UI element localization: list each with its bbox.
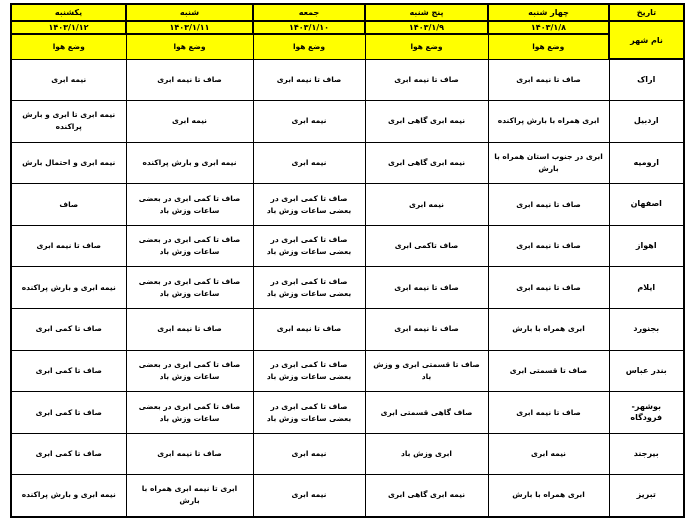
forecast-cell: صاف تا کمی ابری در بعضی ساعات وزش باد: [253, 392, 365, 434]
table-row: اهوازصاف تا نیمه ابریصاف تاکمی ابریصاف ت…: [11, 225, 684, 267]
city-name-cell: بیرجند: [609, 433, 684, 475]
forecast-cell: صاف تا نیمه ابری: [488, 225, 609, 267]
city-name-cell: اهواز: [609, 225, 684, 267]
weather-condition-header-cell: وضع هوا: [365, 34, 488, 59]
date-cell: ۱۴۰۳/۱/۸: [488, 21, 609, 34]
city-name-cell: اصفهان: [609, 184, 684, 226]
forecast-cell: نیمه ابری: [253, 101, 365, 143]
page: تاریخ چهار شنبه پنج شنبه جمعه شنبه یکشنب…: [0, 0, 690, 525]
forecast-cell: نیمه ابری و بارش پراکنده: [126, 142, 253, 184]
forecast-cell: صاف تا نیمه ابری: [365, 309, 488, 351]
forecast-cell: صاف تا کمی ابری در بعضی ساعات وزش باد: [253, 350, 365, 392]
forecast-cell: صاف تا نیمه ابری: [126, 59, 253, 101]
forecast-cell: صاف تا نیمه ابری: [11, 225, 126, 267]
forecast-cell: صاف تا کمی ابری: [11, 350, 126, 392]
forecast-cell: صاف تا نیمه ابری: [253, 59, 365, 101]
forecast-cell: ابری در جنوب استان همراه با بارش: [488, 142, 609, 184]
forecast-cell: صاف تا کمی ابری در بعضی ساعات وزش باد: [253, 267, 365, 309]
forecast-cell: نیمه ابری گاهی ابری: [365, 101, 488, 143]
forecast-cell: صاف تا نیمه ابری: [126, 309, 253, 351]
forecast-cell: نیمه ابری و بارش پراکنده: [11, 475, 126, 517]
forecast-cell: صاف تا نیمه ابری: [488, 184, 609, 226]
forecast-cell: صاف تا نیمه ابری: [488, 392, 609, 434]
forecast-cell: ابری همراه با بارش پراکنده: [488, 101, 609, 143]
weather-condition-header-cell: وضع هوا: [488, 34, 609, 59]
forecast-cell: صاف تا کمی ابری: [11, 392, 126, 434]
day-name-cell: جمعه: [253, 4, 365, 21]
date-cell: ۱۴۰۳/۱/۱۰: [253, 21, 365, 34]
date-cell: ۱۴۰۳/۱/۹: [365, 21, 488, 34]
forecast-rows: اراکصاف تا نیمه ابریصاف تا نیمه ابریصاف …: [11, 59, 684, 517]
city-name-cell: اراک: [609, 59, 684, 101]
forecast-cell: صاف تا نیمه ابری: [253, 309, 365, 351]
weather-condition-header-cell: وضع هوا: [126, 34, 253, 59]
forecast-cell: صاف تا نیمه ابری: [488, 267, 609, 309]
city-name-cell: تبریز: [609, 475, 684, 517]
forecast-cell: نیمه ابری و احتمال بارش: [11, 142, 126, 184]
forecast-cell: نیمه ابری: [253, 433, 365, 475]
forecast-cell: صاف تا نیمه ابری: [365, 267, 488, 309]
weather-condition-header-cell: وضع هوا: [11, 34, 126, 59]
weather-forecast-table: تاریخ چهار شنبه پنج شنبه جمعه شنبه یکشنب…: [10, 3, 685, 518]
forecast-cell: صاف تاکمی ابری: [365, 225, 488, 267]
forecast-cell: نیمه ابری: [365, 184, 488, 226]
table-row: اراکصاف تا نیمه ابریصاف تا نیمه ابریصاف …: [11, 59, 684, 101]
forecast-cell: صاف تا کمی ابری در بعضی ساعات وزش باد: [126, 225, 253, 267]
forecast-cell: ابری وزش باد: [365, 433, 488, 475]
forecast-cell: صاف تا قسمتی ابری و وزش باد: [365, 350, 488, 392]
table-row: بجنوردابری همراه با بارشصاف تا نیمه ابری…: [11, 309, 684, 351]
table-row: اردبیلابری همراه با بارش پراکندهنیمه ابر…: [11, 101, 684, 143]
forecast-cell: صاف تا کمی ابری در بعضی ساعات وزش باد: [126, 184, 253, 226]
forecast-cell: صاف تا نیمه ابری: [365, 59, 488, 101]
forecast-cell: صاف تا کمی ابری در بعضی ساعات وزش باد: [126, 350, 253, 392]
forecast-cell: نیمه ابری: [126, 101, 253, 143]
city-name-cell: اردبیل: [609, 101, 684, 143]
forecast-cell: نیمه ابری: [253, 142, 365, 184]
forecast-cell: صاف تا کمی ابری در بعضی ساعات وزش باد: [126, 267, 253, 309]
table-row: بوشهر- فرودگاهصاف تا نیمه ابریصاف گاهی ق…: [11, 392, 684, 434]
forecast-cell: صاف تا کمی ابری در بعضی ساعات وزش باد: [253, 225, 365, 267]
forecast-cell: صاف تا نیمه ابری: [126, 433, 253, 475]
date-cell: ۱۴۰۳/۱/۱۲: [11, 21, 126, 34]
city-name-cell: ایلام: [609, 267, 684, 309]
city-name-header-cell: نام شهر: [609, 21, 684, 59]
forecast-cell: صاف تا کمی ابری در بعضی ساعات وزش باد: [126, 392, 253, 434]
date-cell: ۱۴۰۳/۱/۱۱: [126, 21, 253, 34]
table-row: بیرجندنیمه ابریابری وزش بادنیمه ابریصاف …: [11, 433, 684, 475]
day-name-cell: شنبه: [126, 4, 253, 21]
forecast-cell: صاف: [11, 184, 126, 226]
forecast-cell: صاف تا کمی ابری: [11, 309, 126, 351]
forecast-cell: ابری همراه با بارش: [488, 309, 609, 351]
dates-row: نام شهر ۱۴۰۳/۱/۸ ۱۴۰۳/۱/۹ ۱۴۰۳/۱/۱۰ ۱۴۰۳…: [11, 21, 684, 34]
forecast-cell: ابری همراه با بارش: [488, 475, 609, 517]
forecast-cell: صاف گاهی قسمتی ابری: [365, 392, 488, 434]
weather-condition-row: وضع هوا وضع هوا وضع هوا وضع هوا وضع هوا: [11, 34, 684, 59]
day-name-cell: پنج شنبه: [365, 4, 488, 21]
city-name-cell: بوشهر- فرودگاه: [609, 392, 684, 434]
forecast-cell: نیمه ابری تا ابری و بارش پراکنده: [11, 101, 126, 143]
forecast-cell: نیمه ابری: [11, 59, 126, 101]
table-row: اصفهانصاف تا نیمه ابرینیمه ابریصاف تا کم…: [11, 184, 684, 226]
forecast-cell: ابری تا نیمه ابری همراه با بارش: [126, 475, 253, 517]
forecast-cell: صاف تا نیمه ابری: [488, 59, 609, 101]
table-row: ایلامصاف تا نیمه ابریصاف تا نیمه ابریصاف…: [11, 267, 684, 309]
forecast-cell: صاف تا قسمتی ابری: [488, 350, 609, 392]
city-name-cell: ارومیه: [609, 142, 684, 184]
table-row: بندر عباسصاف تا قسمتی ابریصاف تا قسمتی ا…: [11, 350, 684, 392]
date-header-cell: تاریخ: [609, 4, 684, 21]
forecast-cell: نیمه ابری و بارش پراکنده: [11, 267, 126, 309]
forecast-cell: نیمه ابری: [488, 433, 609, 475]
forecast-cell: صاف تا کمی ابری در بعضی ساعات وزش باد: [253, 184, 365, 226]
city-name-cell: بجنورد: [609, 309, 684, 351]
forecast-cell: صاف تا کمی ابری: [11, 433, 126, 475]
day-name-cell: یکشنبه: [11, 4, 126, 21]
weather-condition-header-cell: وضع هوا: [253, 34, 365, 59]
table-row: تبریزابری همراه با بارشنیمه ابری گاهی اب…: [11, 475, 684, 517]
forecast-cell: نیمه ابری گاهی ابری: [365, 142, 488, 184]
city-name-cell: بندر عباس: [609, 350, 684, 392]
table-header: تاریخ چهار شنبه پنج شنبه جمعه شنبه یکشنب…: [11, 4, 684, 59]
day-name-cell: چهار شنبه: [488, 4, 609, 21]
table-row: ارومیهابری در جنوب استان همراه با بارشنی…: [11, 142, 684, 184]
forecast-cell: نیمه ابری: [253, 475, 365, 517]
day-names-row: تاریخ چهار شنبه پنج شنبه جمعه شنبه یکشنب…: [11, 4, 684, 21]
forecast-cell: نیمه ابری گاهی ابری: [365, 475, 488, 517]
